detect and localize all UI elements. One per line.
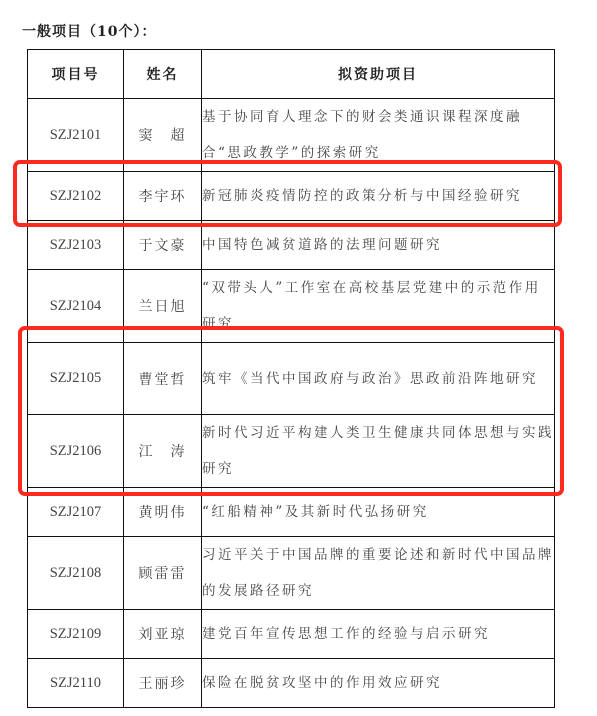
person-name: 于文豪	[124, 221, 202, 270]
table-header-row: 项目号 姓名 拟资助项目	[28, 50, 555, 99]
project-id: SZJ2110	[28, 659, 124, 708]
person-name: 兰日旭	[124, 270, 202, 343]
project-title: 中国特色减贫道路的法理问题研究	[202, 221, 555, 270]
person-name: 王丽珍	[124, 659, 202, 708]
table-row: SZJ2108 顾雷雷 习近平关于中国品牌的重要论述和新时代中国品牌的发展路径研…	[28, 537, 555, 610]
table-row: SZJ2109 刘亚琼 建党百年宣传思想工作的经验与启示研究	[28, 610, 555, 659]
project-title: 保险在脱贫攻坚中的作用效应研究	[202, 659, 555, 708]
project-id: SZJ2106	[28, 415, 124, 488]
table-row: SZJ2107 黄明伟 “红船精神”及其新时代弘扬研究	[28, 488, 555, 537]
table-row: SZJ2106 江 涛 新时代习近平构建人类卫生健康共同体思想与实践研究	[28, 415, 555, 488]
project-title: 新冠肺炎疫情防控的政策分析与中国经验研究	[202, 172, 555, 221]
project-id: SZJ2103	[28, 221, 124, 270]
person-name: 曹堂哲	[124, 343, 202, 415]
project-title: “红船精神”及其新时代弘扬研究	[202, 488, 555, 537]
person-name: 刘亚琼	[124, 610, 202, 659]
project-title: “双带头人”工作室在高校基层党建中的示范作用研究	[202, 270, 555, 343]
projects-table: 项目号 姓名 拟资助项目 SZJ2101 窦 超 基于协同育人理念下的财会类通识…	[27, 49, 555, 708]
project-id: SZJ2105	[28, 343, 124, 415]
project-id: SZJ2104	[28, 270, 124, 343]
person-name: 顾雷雷	[124, 537, 202, 610]
project-id: SZJ2107	[28, 488, 124, 537]
person-name: 窦 超	[124, 99, 202, 172]
project-title: 建党百年宣传思想工作的经验与启示研究	[202, 610, 555, 659]
project-id: SZJ2102	[28, 172, 124, 221]
header-name: 姓名	[124, 50, 202, 99]
project-title: 基于协同育人理念下的财会类通识课程深度融合“思政教学”的探索研究	[202, 99, 555, 172]
table-row: SZJ2103 于文豪 中国特色减贫道路的法理问题研究	[28, 221, 555, 270]
header-project-id: 项目号	[28, 50, 124, 99]
project-id: SZJ2101	[28, 99, 124, 172]
project-title: 习近平关于中国品牌的重要论述和新时代中国品牌的发展路径研究	[202, 537, 555, 610]
table-row: SZJ2101 窦 超 基于协同育人理念下的财会类通识课程深度融合“思政教学”的…	[28, 99, 555, 172]
table-row: SZJ2110 王丽珍 保险在脱贫攻坚中的作用效应研究	[28, 659, 555, 708]
person-name: 黄明伟	[124, 488, 202, 537]
section-title: 一般项目（10个）：	[22, 21, 156, 41]
table-row: SZJ2105 曹堂哲 筑牢《当代中国政府与政治》思政前沿阵地研究	[28, 343, 555, 415]
table-row: SZJ2102 李宇环 新冠肺炎疫情防控的政策分析与中国经验研究	[28, 172, 555, 221]
header-project-title: 拟资助项目	[202, 50, 555, 99]
project-title: 新时代习近平构建人类卫生健康共同体思想与实践研究	[202, 415, 555, 488]
project-title: 筑牢《当代中国政府与政治》思政前沿阵地研究	[202, 343, 555, 415]
table-row: SZJ2104 兰日旭 “双带头人”工作室在高校基层党建中的示范作用研究	[28, 270, 555, 343]
project-id: SZJ2108	[28, 537, 124, 610]
project-id: SZJ2109	[28, 610, 124, 659]
person-name: 江 涛	[124, 415, 202, 488]
person-name: 李宇环	[124, 172, 202, 221]
